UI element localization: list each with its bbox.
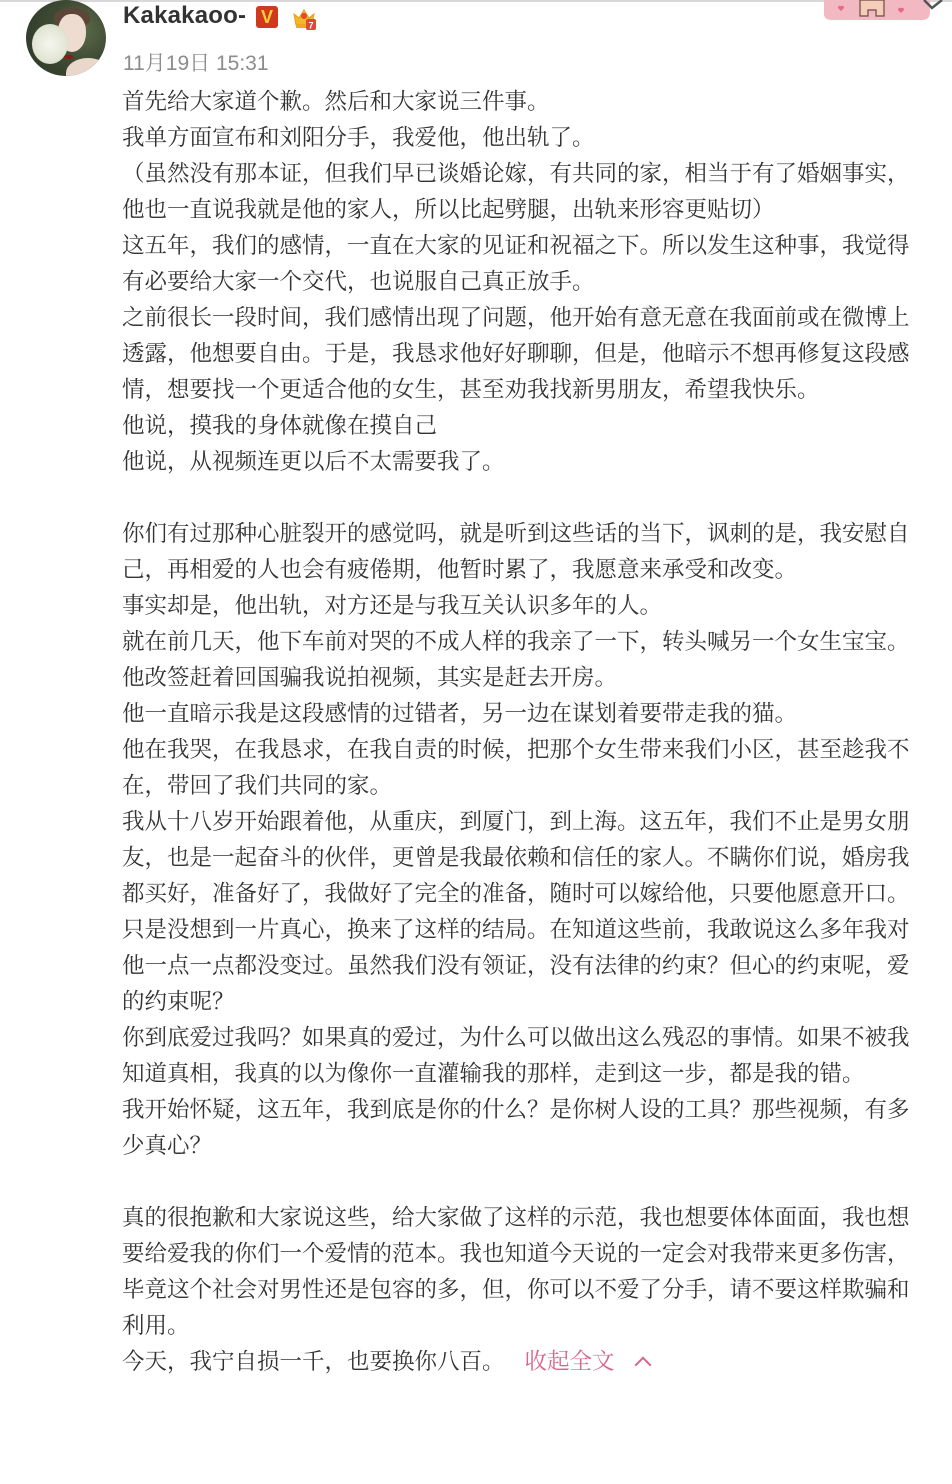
avatar[interactable] xyxy=(26,0,106,76)
paragraph: 真的很抱歉和大家说这些，给大家做了这样的示范，我也想要体体面面，我也想要给爱我的… xyxy=(122,1200,922,1344)
paragraph: 你到底爱过我吗？如果真的爱过，为什么可以做出这么残忍的事情。如果不被我知道真相，… xyxy=(122,1020,922,1092)
avatar-lips xyxy=(64,55,73,59)
decorative-sticker-icon xyxy=(822,0,950,22)
avatar-flower xyxy=(32,24,68,64)
paragraph: 你们有过那种心脏裂开的感觉吗，就是听到这些话的当下，讽刺的是，我安慰自己，再相爱… xyxy=(122,516,922,588)
paragraph: 我开始怀疑，这五年，我到底是你的什么？是你树人设的工具？那些视频，有多少真心？ xyxy=(122,1092,922,1164)
paragraph: 他说，从视频连更以后不太需要我了。 xyxy=(122,444,922,480)
paragraph: 这五年，我们的感情，一直在大家的见证和祝福之下。所以发生这种事，我觉得有必要给大… xyxy=(122,228,922,300)
paragraph: 首先给大家道个歉。然后和大家说三件事。 xyxy=(122,84,922,120)
paragraph: 事实却是，他出轨，对方还是与我互关认识多年的人。 xyxy=(122,588,922,624)
paragraph: 我从十八岁开始跟着他，从重庆，到厦门，到上海。这五年，我们不止是男女朋友，也是一… xyxy=(122,804,922,1020)
paragraph: 他一直暗示我是这段感情的过错者，另一边在谋划着要带走我的猫。 xyxy=(122,696,922,732)
paragraph: 他改签赶着回国骗我说拍视频，其实是赶去开房。 xyxy=(122,660,922,696)
paragraph: 他在我哭，在我恳求，在我自责的时候，把那个女生带来我们小区，甚至趁我不在，带回了… xyxy=(122,732,922,804)
svg-text:7: 7 xyxy=(308,21,313,31)
blank-line xyxy=(122,480,922,516)
blank-line xyxy=(122,1164,922,1200)
paragraph: 他说，摸我的身体就像在摸自己 xyxy=(122,408,922,444)
crown-level-badge-icon[interactable]: 7 xyxy=(291,5,317,31)
collapse-label[interactable]: 收起全文 xyxy=(525,1349,615,1375)
post-body: 首先给大家道个歉。然后和大家说三件事。 我单方面宣布和刘阳分手，我爱他，他出轨了… xyxy=(122,84,922,1380)
paragraph: 我单方面宣布和刘阳分手，我爱他，他出轨了。 xyxy=(122,120,922,156)
chevron-up-icon[interactable] xyxy=(634,1357,651,1374)
paragraph-text: 今天，我宁自损一千，也要换你八百。 xyxy=(122,1349,505,1375)
verified-badge-icon[interactable]: V xyxy=(256,6,278,28)
last-paragraph: 今天，我宁自损一千，也要换你八百。收起全文 xyxy=(122,1344,922,1380)
post-timestamp[interactable]: 11月19日 15:31 xyxy=(123,47,269,77)
author-name[interactable]: Kakakaoo- xyxy=(123,2,246,30)
collapse-full-text-link[interactable]: 收起全文 xyxy=(525,1349,649,1375)
paragraph: 就在前几天，他下车前对哭的不成人样的我亲了一下，转头喊另一个女生宝宝。 xyxy=(122,624,922,660)
avatar-shoulder xyxy=(66,58,106,76)
paragraph: 之前很长一段时间，我们感情出现了问题，他开始有意无意在我面前或在微博上透露，他想… xyxy=(122,300,922,408)
paragraph: （虽然没有那本证，但我们早已谈婚论嫁，有共同的家，相当于有了婚姻事实，他也一直说… xyxy=(122,156,922,228)
